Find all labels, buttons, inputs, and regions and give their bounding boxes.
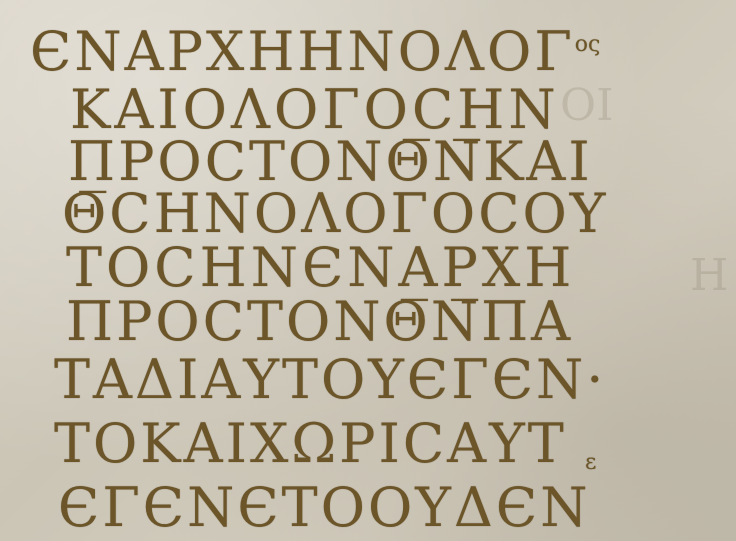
- bleed-through-text: ΟΙ: [560, 80, 613, 131]
- manuscript-line-6: ΠΡΟϹΤΟΝΘ̅Ν̅ΠΑ: [66, 290, 573, 353]
- line-text: ΤΟΚΑΙΧΩΡΙϹΑΥΤ: [54, 412, 567, 475]
- line-text: ΤΑΔΙΑΥΤΟΥЄΓЄΝ: [54, 348, 586, 411]
- marginal-correction: ος: [575, 32, 601, 57]
- manuscript-line-9: ЄΓЄΝЄΤΟΟΥΔЄΝ: [58, 476, 590, 539]
- supralinear-correction: ε: [585, 450, 596, 475]
- line-text: ΠΡΟϹΤΟΝΘ̅Ν̅ΠΑ: [66, 290, 573, 353]
- correction-letter: ε: [585, 450, 596, 475]
- punctuation-mark: ·: [586, 348, 606, 411]
- line-text: ЄΓЄΝЄΤΟΟΥΔЄΝ: [58, 476, 590, 539]
- manuscript-line-7: ΤΑΔΙΑΥΤΟΥЄΓЄΝ·: [54, 348, 606, 411]
- manuscript-line-8: ΤΟΚΑΙΧΩΡΙϹΑΥΤ: [54, 412, 567, 475]
- line-text: ЄΝΑΡΧΗΗΝΟΛΟΓ: [30, 20, 575, 83]
- manuscript-line-1: ЄΝΑΡΧΗΗΝΟΛΟΓος: [30, 20, 600, 83]
- bleed-through-text: Η: [690, 250, 728, 301]
- manuscript-page: ΟΙ Η ЄΝΑΡΧΗΗΝΟΛΟΓος ΚΑΙΟΛΟΓΟϹΗΝ ΠΡΟϹΤΟΝΘ…: [0, 0, 736, 541]
